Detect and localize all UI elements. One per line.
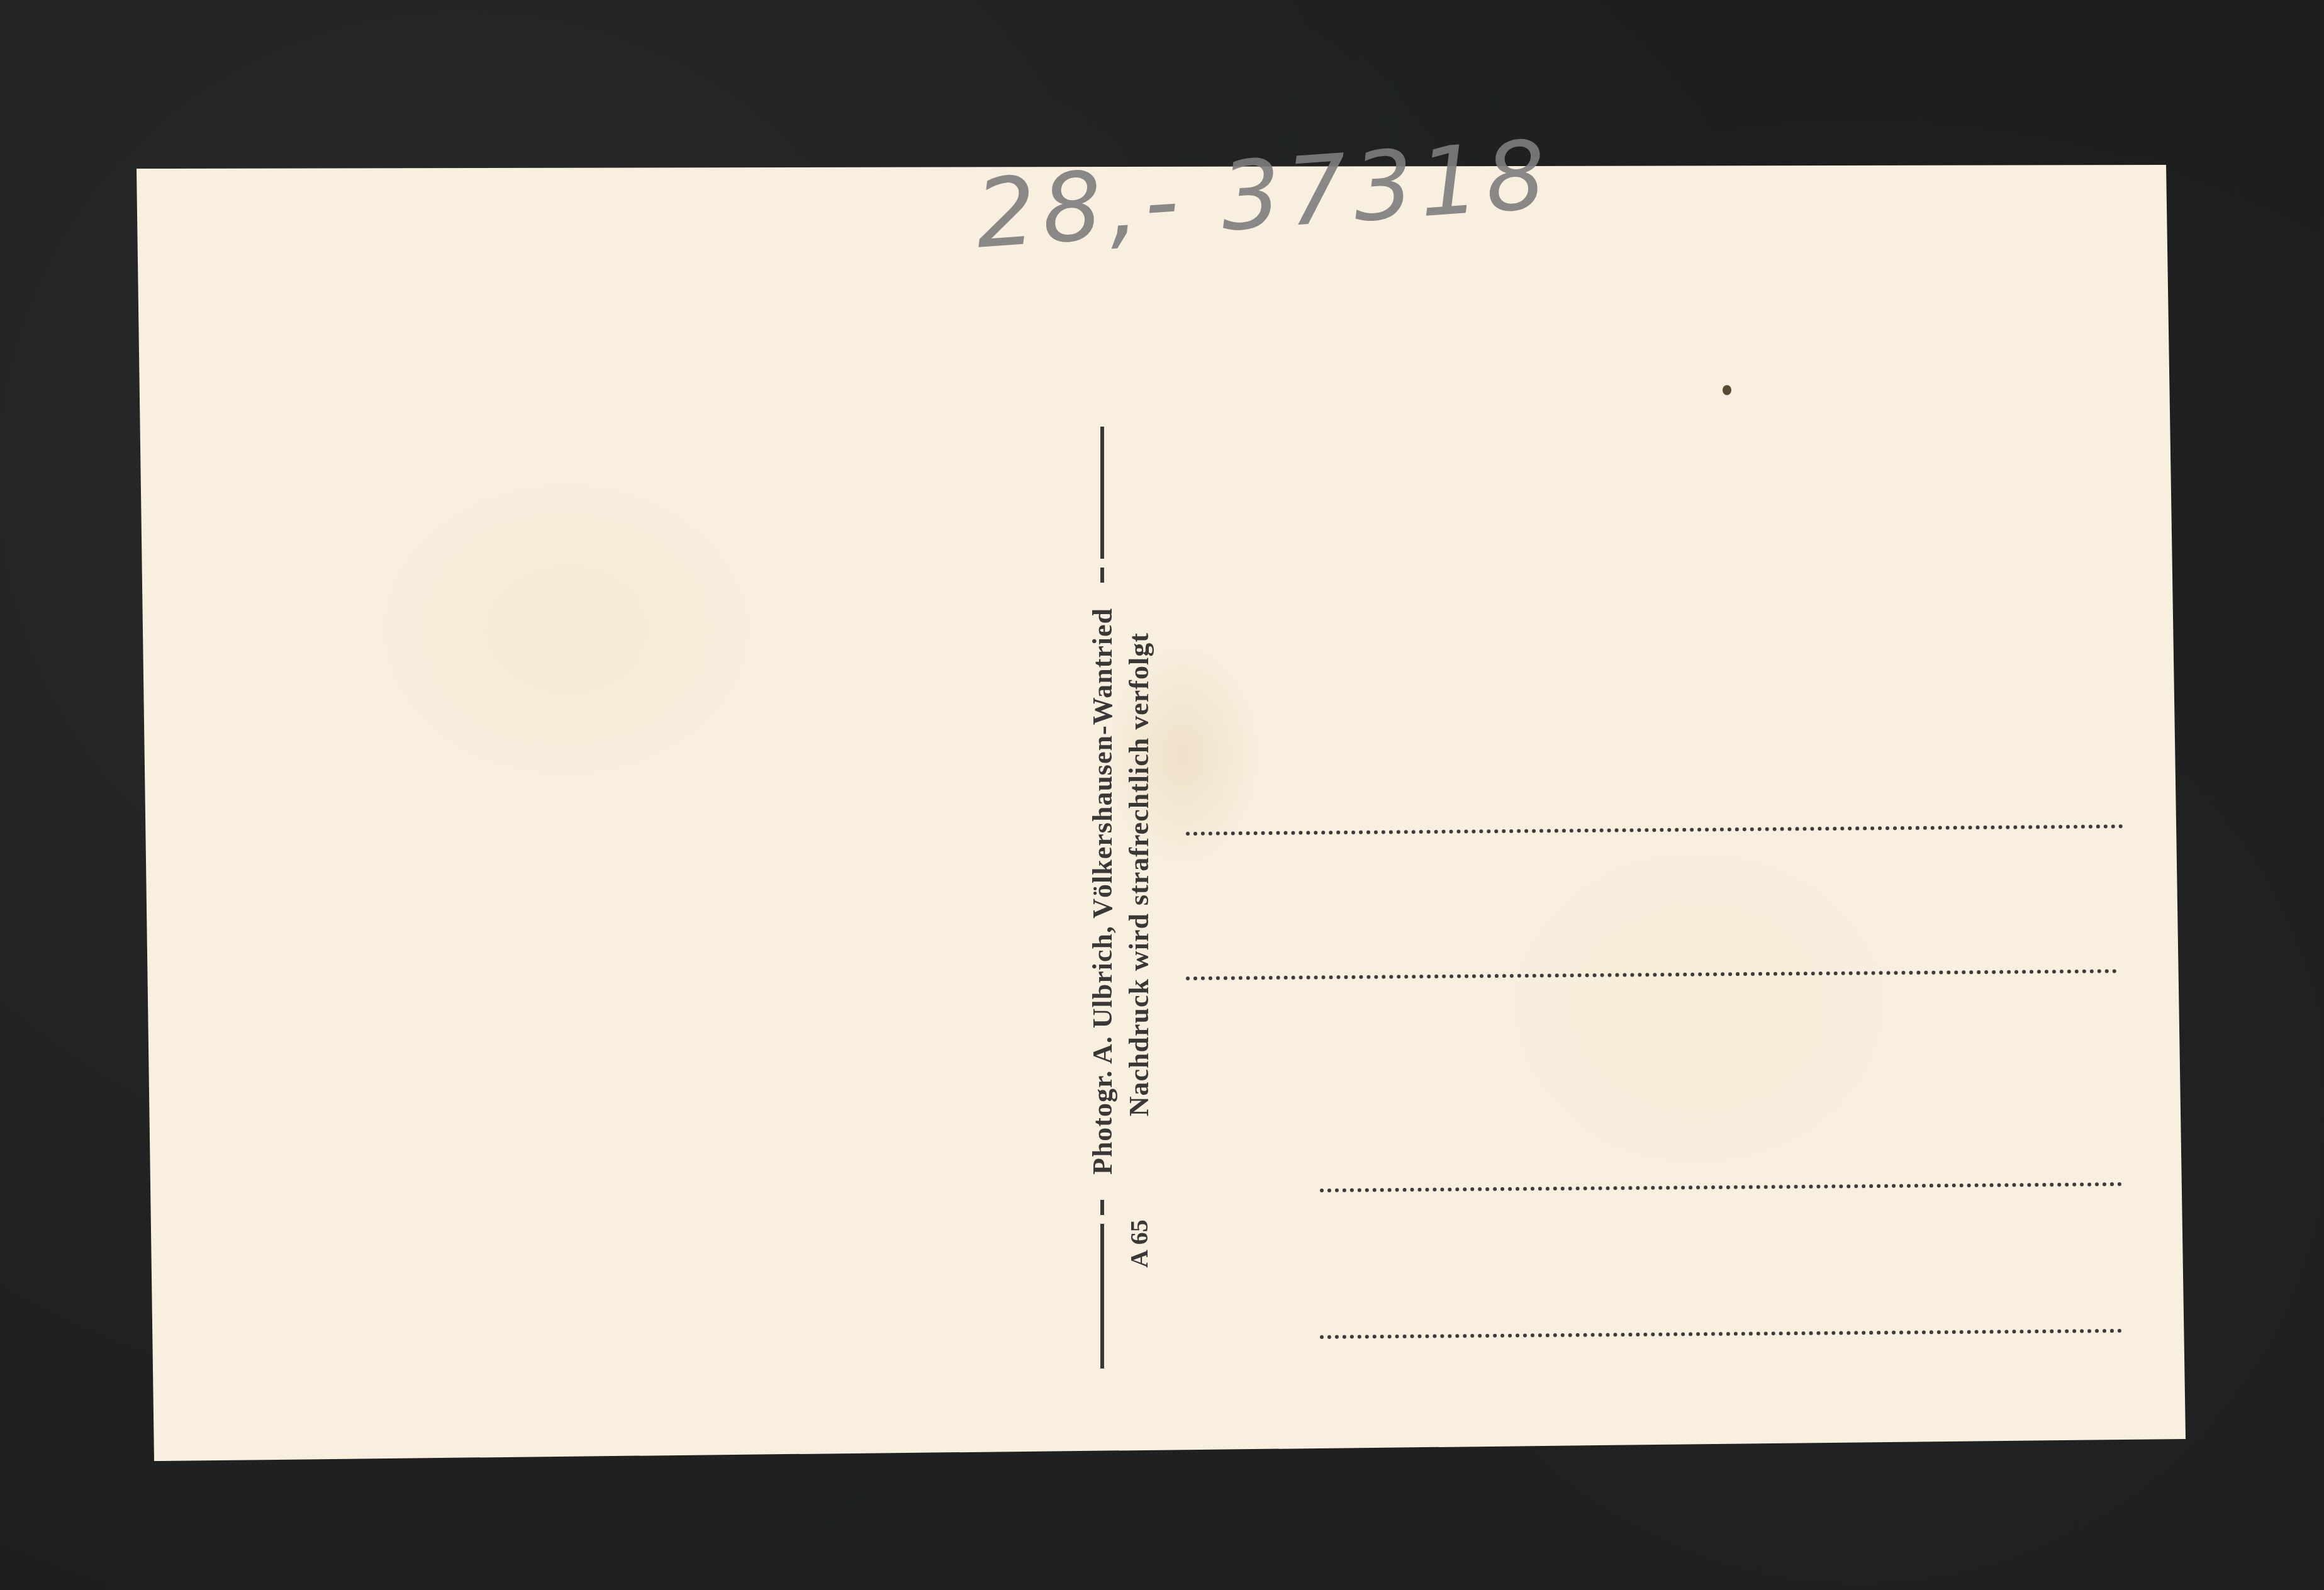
card-series-code: A 65: [1124, 1219, 1154, 1268]
divider-dash: [1100, 568, 1104, 583]
imprint-row-photographer: Photogr. A. Ulbrich, Völkershausen-Wantr…: [1087, 427, 1118, 1369]
copyright-notice: Nachdruck wird strafrechtlich verfolgt: [1123, 632, 1155, 1116]
photographer-credit: Photogr. A. Ulbrich, Völkershausen-Wantr…: [1087, 608, 1119, 1175]
divider-rule-right: [1100, 427, 1104, 559]
imprint-row-copyright: A 65 Nachdruck wird strafrechtlich verfo…: [1123, 632, 1154, 1268]
divider-dash: [1100, 1200, 1104, 1215]
ink-speck: [1723, 385, 1731, 395]
divider-rule-left: [1100, 1224, 1104, 1369]
